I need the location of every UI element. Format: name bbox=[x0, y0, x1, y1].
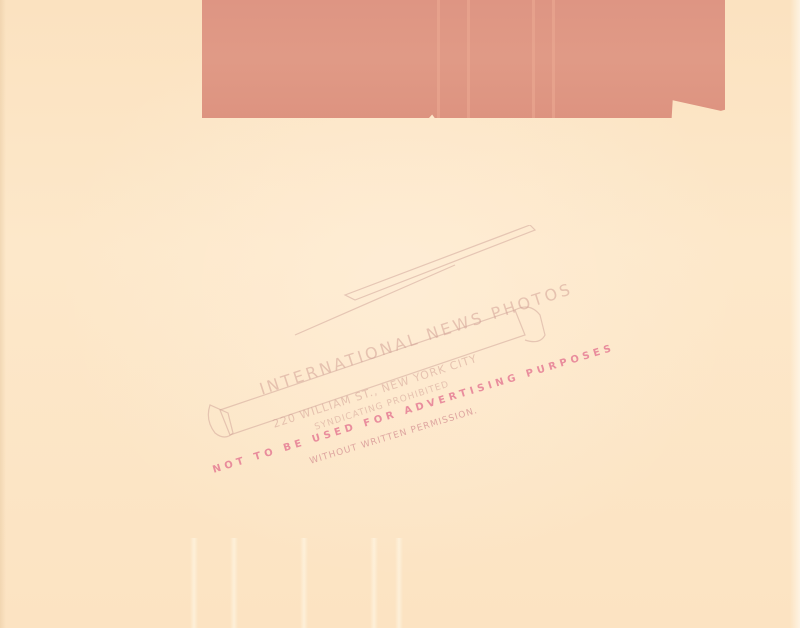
paper-edge-left bbox=[0, 0, 6, 628]
agency-stamp: INTERNATIONAL NEWS PHOTOS 220 WILLIAM ST… bbox=[205, 225, 605, 475]
strip-wrinkle bbox=[552, 0, 555, 118]
strip-wrinkle bbox=[437, 0, 440, 118]
strip-wrinkle bbox=[532, 0, 535, 118]
paper-crease bbox=[370, 538, 378, 628]
strip-wrinkle bbox=[467, 0, 470, 118]
paper-crease bbox=[230, 538, 238, 628]
paper-crease bbox=[300, 538, 308, 628]
paper-edge-right bbox=[790, 0, 800, 628]
pink-paper-strip bbox=[202, 0, 725, 118]
paper-crease bbox=[395, 538, 403, 628]
paper-crease bbox=[190, 538, 198, 628]
